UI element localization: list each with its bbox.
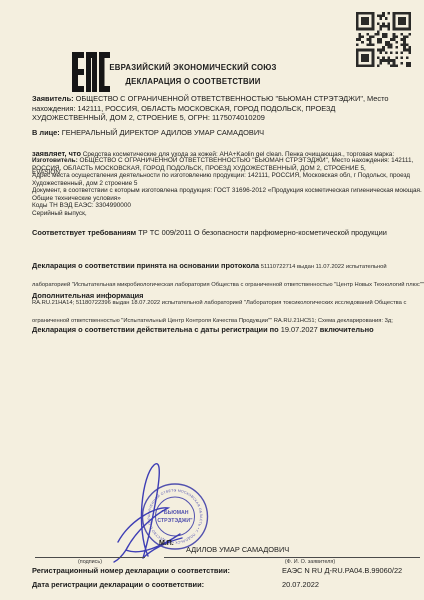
signer-name: АДИЛОВ УМАР САМАДОВИЧ (186, 545, 289, 554)
applicant-label: Заявитель: (32, 94, 74, 103)
activity-address: Адрес места осуществления деятельности п… (32, 172, 422, 187)
release-type: Серийный выпуск, (32, 210, 422, 218)
applicant-text: ОБЩЕСТВО С ОГРАНИЧЕННОЙ ОТВЕТСТВЕННОСТЬЮ… (32, 94, 389, 122)
production-document: Документ, в соответствии с которым изгот… (32, 187, 422, 202)
manufacturer-paragraph: Изготовитель: ОБЩЕСТВО С ОГРАНИЧЕННОЙ ОТ… (32, 157, 422, 217)
declaration-document: ЕВРАЗИЙСКИЙ ЭКОНОМИЧЕСКИЙ СОЮЗ ДЕКЛАРАЦИ… (0, 0, 424, 600)
validity-paragraph: Декларация о соответствии действительна … (32, 325, 382, 335)
representative-text: ГЕНЕРАЛЬНЫЙ ДИРЕКТОР АДИЛОВ УМАР САМАДОВ… (60, 128, 264, 137)
validity-date: 19.07.2027 (281, 325, 318, 334)
additional-info-heading: Дополнительная информация (32, 291, 422, 301)
compliance-paragraph: Соответствует требованиям ТР ТС 009/2011… (32, 228, 402, 238)
compliance-label: Соответствует требованиям (32, 228, 136, 237)
company-stamp: • МОСКОВСКАЯ ОБЛАСТЬ • Г. ПОДОЛЬСК • ОБЩ… (141, 481, 209, 552)
stamp-center-line1: "БЬЮМАН (161, 510, 188, 516)
union-title: ЕВРАЗИЙСКИЙ ЭКОНОМИЧЕСКИЙ СОЮЗ (0, 63, 386, 72)
signature-line (35, 557, 145, 558)
representative-label: В лице: (32, 128, 60, 137)
registration-number-value: ЕАЭС N RU Д-RU.РА04.В.99060/22 (282, 566, 402, 575)
compliance-text: ТР ТС 009/2011 О безопасности парфюмерно… (136, 228, 387, 237)
registration-date-label: Дата регистрации декларации о соответств… (32, 580, 204, 589)
signature-caption: (подпись) (35, 559, 145, 565)
representative-paragraph: В лице: ГЕНЕРАЛЬНЫЙ ДИРЕКТОР АДИЛОВ УМАР… (32, 128, 412, 138)
qr-code (356, 12, 411, 67)
stamp-center-line2: СТРЭТЭДЖИ" (157, 518, 193, 524)
document-title: ДЕКЛАРАЦИЯ О СООТВЕТСТВИИ (0, 77, 386, 86)
registration-number-label: Регистрационный номер декларации о соотв… (32, 566, 230, 575)
mp-seal-label: М.П. (159, 540, 174, 547)
registration-date-value: 20.07.2022 (282, 580, 319, 589)
eac-mark-icon (72, 52, 110, 92)
validity-label: Декларация о соответствии действительна … (32, 325, 281, 334)
manufacturer-label: Изготовитель: (32, 157, 78, 164)
manufacturer-line: Изготовитель: ОБЩЕСТВО С ОГРАНИЧЕННОЙ ОТ… (32, 157, 422, 172)
applicant-paragraph: Заявитель: ОБЩЕСТВО С ОГРАНИЧЕННОЙ ОТВЕТ… (32, 94, 396, 123)
validity-suffix: включительно (318, 325, 374, 334)
name-caption: (Ф. И. О. заявителя) (240, 559, 380, 565)
name-line (164, 557, 420, 558)
manufacturer-text: ОБЩЕСТВО С ОГРАНИЧЕННОЙ ОТВЕТСТВЕННОСТЬЮ… (32, 157, 413, 172)
basis-label: Декларация о соответствии принята на осн… (32, 261, 259, 270)
tnved-codes: Коды ТН ВЭД ЕАЭС: 3304990000 (32, 202, 422, 210)
